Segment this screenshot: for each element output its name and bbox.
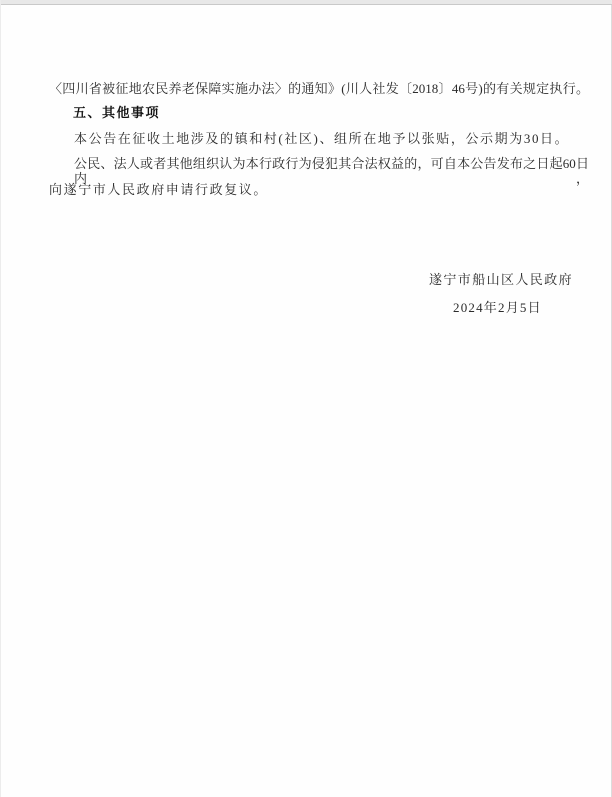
section-heading-other-matters: 五、其他事项 <box>73 105 160 120</box>
paragraph-posting-period: 本公告在征收土地涉及的镇和村(社区)、组所在地予以张贴，公示期为30日。 <box>74 131 569 146</box>
paragraph-continuation-line: 〈四川省被征地农民养老保障实施办法〉的通知》(川人社发〔2018〕46号)的有关… <box>49 81 589 96</box>
scan-top-border <box>1 0 612 5</box>
document-page: 〈四川省被征地农民养老保障实施办法〉的通知》(川人社发〔2018〕46号)的有关… <box>0 0 612 797</box>
document-date: 2024年2月5日 <box>453 300 542 315</box>
issuer-signature: 遂宁市船山区人民政府 <box>429 272 573 287</box>
paragraph-administrative-review-line2: 向遂宁市人民政府申请行政复议。 <box>49 182 268 197</box>
